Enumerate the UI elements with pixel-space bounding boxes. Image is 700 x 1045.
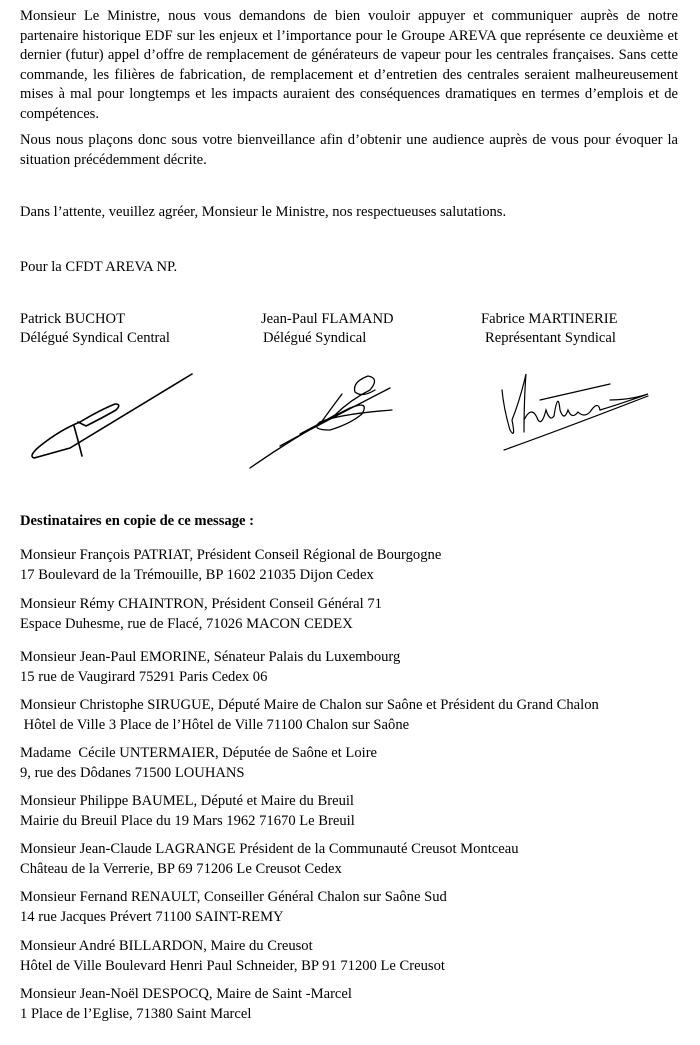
recipient-address: 1 Place de l’Eglise, 71380 Saint Marcel — [20, 1004, 352, 1024]
recipient-9: Monsieur André BILLARDON, Maire du Creus… — [20, 936, 445, 976]
signature-buchot — [20, 360, 220, 470]
recipient-10: Monsieur Jean-Noël DESPOCQ, Maire de Sai… — [20, 984, 352, 1024]
recipient-address: Château de la Verrerie, BP 69 71206 Le C… — [20, 859, 519, 879]
recipient-6: Monsieur Philippe BAUMEL, Député et Mair… — [20, 791, 355, 831]
recipients-heading: Destinataires en copie de ce message : — [20, 512, 254, 531]
recipient-name: Monsieur Fernand RENAULT, Conseiller Gén… — [20, 887, 447, 907]
recipient-address: Espace Duhesme, rue de Flacé, 71026 MACO… — [20, 614, 382, 634]
recipient-5: Madame Cécile UNTERMAIER, Députée de Saô… — [20, 743, 377, 783]
signature-flamand — [240, 360, 420, 470]
letter-on-behalf: Pour la CFDT AREVA NP. — [20, 258, 177, 277]
signatory-name: Fabrice MARTINERIE — [481, 310, 618, 329]
recipient-name: Monsieur André BILLARDON, Maire du Creus… — [20, 936, 445, 956]
letter-closing: Dans l’attente, veuillez agréer, Monsieu… — [20, 203, 506, 222]
recipient-address: 9, rue des Dôdanes 71500 LOUHANS — [20, 763, 377, 783]
signatory-3: Fabrice MARTINERIE Représentant Syndical — [481, 310, 618, 348]
letter-paragraph-audience: Nous nous plaçons donc sous votre bienve… — [20, 131, 678, 170]
recipient-2: Monsieur Rémy CHAINTRON, Président Conse… — [20, 594, 382, 634]
letter-paragraph-request: Monsieur Le Ministre, nous vous demandon… — [20, 7, 678, 124]
recipient-address: Hôtel de Ville 3 Place de l’Hôtel de Vil… — [20, 715, 599, 735]
recipient-name: Monsieur Rémy CHAINTRON, Président Conse… — [20, 594, 382, 614]
signatory-1: Patrick BUCHOT Délégué Syndical Central — [20, 310, 170, 348]
recipient-name: Monsieur Jean-Noël DESPOCQ, Maire de Sai… — [20, 984, 352, 1004]
signatory-role: Représentant Syndical — [481, 329, 618, 348]
signature-martinerie — [480, 360, 660, 460]
recipient-name: Monsieur François PATRIAT, Président Con… — [20, 545, 441, 565]
recipient-address: 17 Boulevard de la Trémouille, BP 1602 2… — [20, 565, 441, 585]
signatory-name: Patrick BUCHOT — [20, 310, 170, 329]
recipient-3: Monsieur Jean-Paul EMORINE, Sénateur Pal… — [20, 647, 400, 687]
recipient-address: Mairie du Breuil Place du 19 Mars 1962 7… — [20, 811, 355, 831]
signatory-2: Jean-Paul FLAMAND Délégué Syndical — [261, 310, 394, 348]
recipient-address: 14 rue Jacques Prévert 71100 SAINT-REMY — [20, 907, 447, 927]
recipient-address: Hôtel de Ville Boulevard Henri Paul Schn… — [20, 956, 445, 976]
signatory-role: Délégué Syndical — [261, 329, 394, 348]
recipient-4: Monsieur Christophe SIRUGUE, Député Mair… — [20, 695, 599, 735]
recipient-name: Madame Cécile UNTERMAIER, Députée de Saô… — [20, 743, 377, 763]
recipient-address: 15 rue de Vaugirard 75291 Paris Cedex 06 — [20, 667, 400, 687]
recipient-1: Monsieur François PATRIAT, Président Con… — [20, 545, 441, 585]
recipient-name: Monsieur Philippe BAUMEL, Député et Mair… — [20, 791, 355, 811]
recipient-name: Monsieur Jean-Claude LAGRANGE Président … — [20, 839, 519, 859]
recipient-8: Monsieur Fernand RENAULT, Conseiller Gén… — [20, 887, 447, 927]
recipient-name: Monsieur Christophe SIRUGUE, Député Mair… — [20, 695, 599, 715]
recipient-name: Monsieur Jean-Paul EMORINE, Sénateur Pal… — [20, 647, 400, 667]
signatory-role: Délégué Syndical Central — [20, 329, 170, 348]
signatory-name: Jean-Paul FLAMAND — [261, 310, 394, 329]
recipient-7: Monsieur Jean-Claude LAGRANGE Président … — [20, 839, 519, 879]
